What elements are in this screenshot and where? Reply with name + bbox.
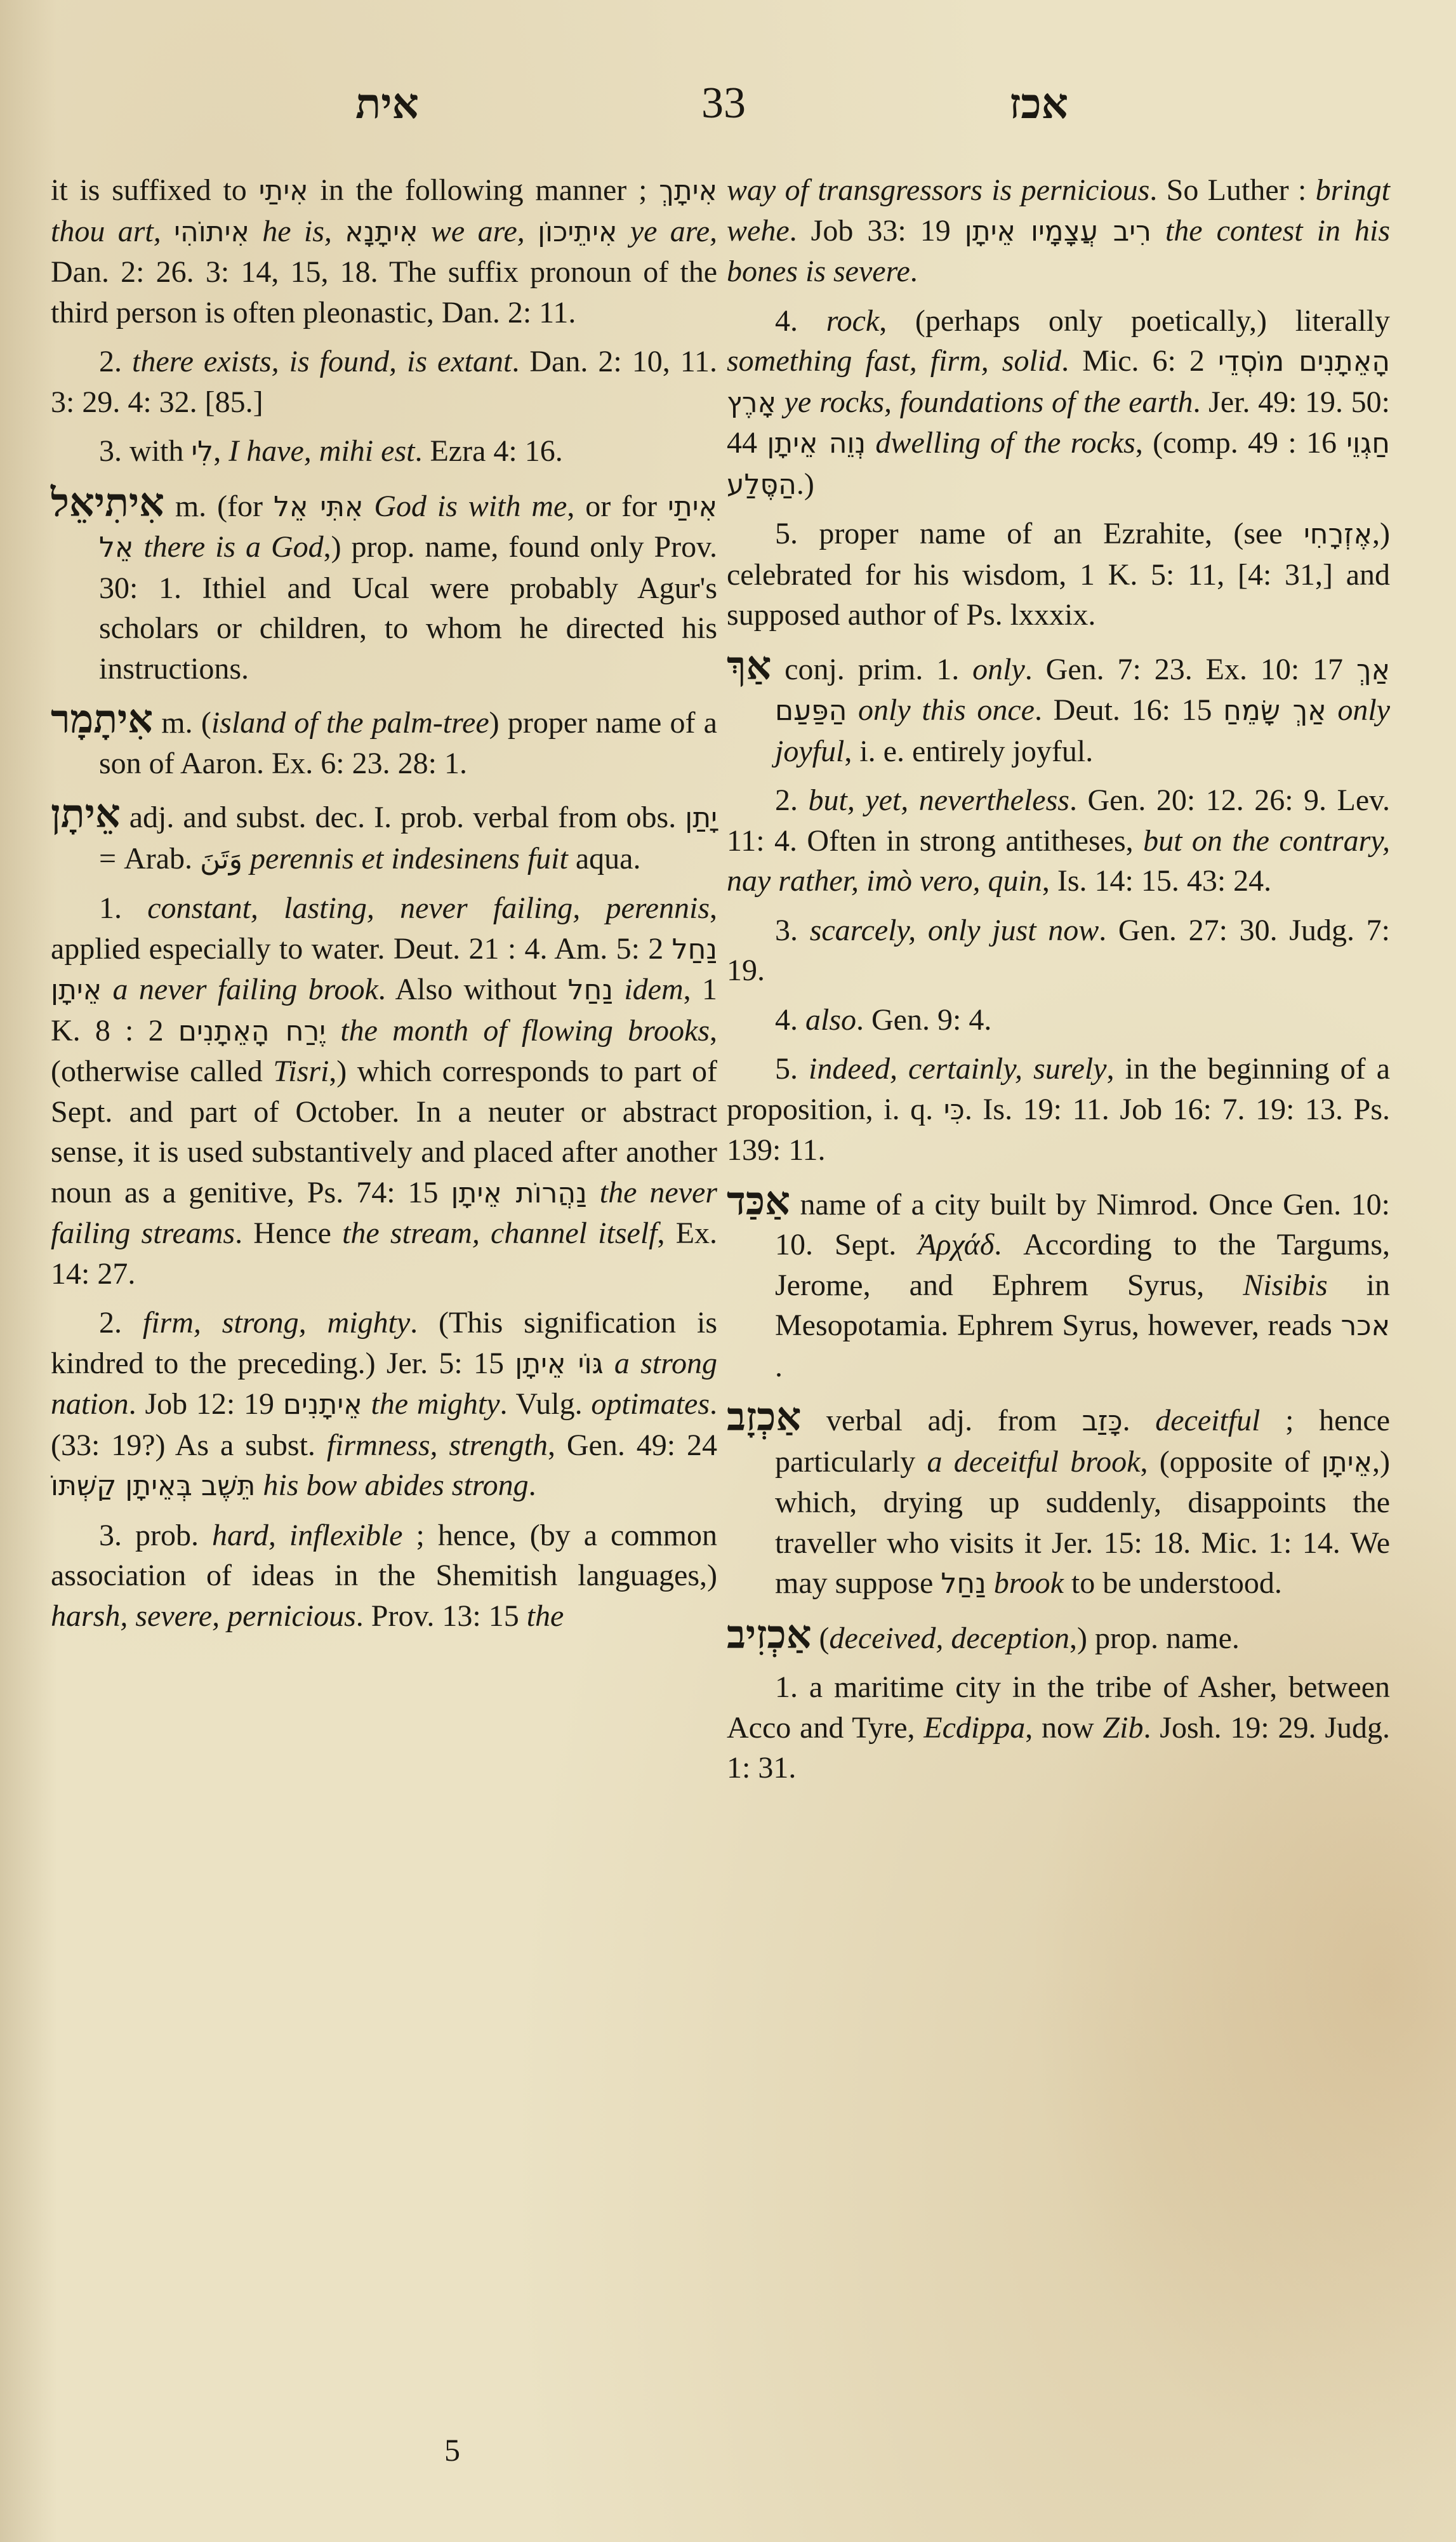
body-text: verbal adj. from — [801, 1404, 1082, 1437]
body-text: , Is. 14: 15. 43: 24. — [1042, 864, 1271, 898]
hebrew-text: אַךְ שָׂמֵחַ — [1223, 695, 1327, 727]
hebrew-text: רִיב עֲצָמָיו אֵיתָן — [965, 215, 1151, 248]
headword: אַכְזָב — [727, 1394, 801, 1440]
italic-gloss: dwelling of the rocks — [866, 426, 1135, 460]
entry-sense: 3. with לִי, I have, mihi est. Ezra 4: 1… — [51, 431, 717, 472]
entry-sense: 3. prob. hard, inflexible ; hence, (by a… — [51, 1515, 717, 1637]
italic-gloss: firm, strong, mighty — [143, 1306, 410, 1340]
entry-sense: it is suffixed to אִיתַי in the followin… — [51, 170, 717, 333]
headword: אַכַּד — [727, 1178, 790, 1224]
italic-gloss: Ecdippa — [923, 1711, 1025, 1745]
hebrew-text: לִי — [191, 436, 213, 468]
italic-gloss: thou art, — [51, 215, 174, 248]
body-text: in the following manner ; — [308, 173, 659, 207]
running-head-left-hebrew: אית — [355, 75, 419, 132]
italic-gloss: deceitful — [1155, 1404, 1260, 1437]
entry-sense: 4. rock, (perhaps only poetically,) lite… — [727, 301, 1390, 505]
dictionary-entry: אַכַּד name of a city built by Nimrod. O… — [727, 1181, 1390, 1387]
italic-gloss: the — [527, 1599, 564, 1633]
body-text: . Also without — [378, 973, 568, 1006]
hebrew-text: נַחַל — [941, 1567, 986, 1600]
body-text: aqua. — [568, 842, 641, 875]
body-text: it is suffixed to — [51, 173, 259, 207]
italic-gloss: Ἀρχάδ — [918, 1228, 994, 1261]
entry-sense: 1. constant, lasting, never failing, per… — [51, 888, 717, 1294]
entry-sense: 2. but, yet, nevertheless. Gen. 20: 12. … — [727, 780, 1390, 902]
italic-gloss: optimates — [591, 1387, 710, 1421]
page-number: 33 — [701, 75, 746, 132]
italic-gloss: harsh, severe, pernicious — [51, 1599, 356, 1633]
italic-gloss: Tisri — [273, 1055, 329, 1088]
dictionary-entry: אַךְ conj. prim. 1. only. Gen. 7: 23. Ex… — [727, 646, 1390, 772]
body-text: 3. with — [99, 434, 191, 468]
italic-gloss: constant, lasting, never failing, perenn… — [147, 891, 710, 925]
body-text: . Ezra 4: 16. — [414, 434, 562, 468]
right-column: way of transgressors is pernicious. So L… — [727, 170, 1390, 1797]
dictionary-entry: אִיתָמָר m. (island of the palm-tree) pr… — [51, 699, 717, 783]
entry-sense: 2. firm, strong, mighty. (This significa… — [51, 1303, 717, 1507]
body-text: ,) prop. name. — [1069, 1621, 1240, 1655]
signature-mark: 5 — [444, 2432, 460, 2468]
italic-gloss: only — [972, 653, 1025, 686]
hebrew-text: יָתַן — [685, 802, 717, 834]
running-head-right-hebrew: אכז — [1009, 75, 1068, 132]
italic-gloss: Nisibis — [1243, 1268, 1327, 1302]
dictionary-entry: אַכְזָב verbal adj. from כָּזַב. deceitf… — [727, 1397, 1390, 1604]
hebrew-text: אֵיתָנִים — [283, 1388, 362, 1421]
italic-gloss: but, yet, nevertheless — [808, 783, 1069, 817]
body-text: , Gen. 49: 24 — [548, 1428, 717, 1462]
italic-gloss: way of transgressors is pernicious — [727, 173, 1149, 207]
body-text: . Vulg. — [500, 1387, 592, 1421]
body-text: . — [910, 255, 918, 288]
italic-gloss: indeed, certainly, surely — [809, 1052, 1107, 1086]
entry-sense: 2. there exists, is found, is extant. Da… — [51, 342, 717, 422]
italic-gloss: firmness, strength — [327, 1428, 548, 1462]
body-text: . — [775, 1350, 783, 1383]
headword: אַכְזִיב — [727, 1611, 812, 1658]
body-text: , (comp. 49 : 16 — [1135, 426, 1346, 460]
body-text: 3. — [775, 914, 810, 947]
body-text: . So Luther : — [1149, 173, 1315, 207]
hebrew-text: נַהֲרוֹת אֵיתָן — [451, 1177, 587, 1209]
body-text: . Job 12: 19 — [129, 1387, 283, 1421]
body-text: , (perhaps only poetically,) literally — [879, 304, 1390, 338]
hebrew-text: תֵּשֶׁב בְּאֵיתָן קַשְׁתּוֹ — [51, 1470, 255, 1502]
headword: אַךְ — [727, 642, 771, 689]
italic-gloss: Zib — [1102, 1711, 1143, 1745]
body-text: . Deut. 16: 15 — [1035, 693, 1223, 727]
body-text: . — [529, 1468, 536, 1502]
headword: אִיתִיאֵל — [51, 479, 164, 526]
body-text: , i. e. entirely joyful. — [844, 735, 1093, 768]
italic-gloss: his bow abides strong — [255, 1468, 528, 1502]
body-text: 2. — [99, 345, 132, 378]
entry-sense: 1. a maritime city in the tribe of Asher… — [727, 1667, 1390, 1788]
body-text: 2. — [99, 1306, 143, 1340]
headword: אֵיתָן — [51, 790, 121, 837]
body-text: , — [213, 434, 228, 468]
italic-gloss: only this once — [847, 693, 1035, 727]
body-text: 5. — [775, 1052, 809, 1086]
left-column: it is suffixed to אִיתַי in the followin… — [51, 170, 717, 1645]
entry-sense: 5. proper name of an Ezrahite, (see אֶזְ… — [727, 514, 1390, 635]
italic-gloss: ye rocks, foundations of the earth — [776, 385, 1193, 419]
body-text: . Hence — [235, 1216, 342, 1250]
italic-gloss: idem — [613, 973, 684, 1006]
body-text: . — [1123, 1404, 1156, 1437]
italic-gloss: he is, — [249, 215, 345, 248]
italic-gloss: God is with me — [363, 489, 567, 523]
hebrew-text: אִיתָךְ — [659, 175, 717, 207]
entry-sense: way of transgressors is pernicious. So L… — [727, 170, 1390, 292]
hebrew-text: גּוֹי אֵיתָן — [515, 1348, 603, 1380]
italic-gloss: also — [805, 1003, 856, 1037]
body-text: . Mic. 6: 2 — [1061, 344, 1218, 378]
body-text: .) — [797, 467, 814, 501]
italic-gloss: there exists, is found, is extant — [132, 345, 512, 378]
body-text: = Arab. — [99, 842, 200, 875]
italic-gloss: rock — [826, 304, 880, 338]
hebrew-text: אֶזְרָחִי — [1304, 518, 1372, 550]
body-text: adj. and subst. dec. I. prob. verbal fro… — [121, 801, 685, 834]
body-text: conj. prim. 1. — [771, 653, 972, 686]
dictionary-entry: אַכְזִיב (deceived, deception,) prop. na… — [727, 1614, 1390, 1659]
body-text: 2. — [775, 783, 808, 817]
body-text: m. ( — [153, 706, 211, 740]
body-text: 4. — [775, 304, 826, 338]
hebrew-text: אכר — [1340, 1310, 1390, 1342]
italic-gloss: something fast, firm, solid — [727, 344, 1061, 378]
body-text: 3. prob. — [99, 1519, 212, 1552]
italic-gloss: there is a God — [133, 530, 323, 564]
body-text: ( — [812, 1621, 830, 1655]
italic-gloss: hard, inflexible — [212, 1519, 403, 1552]
italic-gloss: the stream, channel itself — [342, 1216, 657, 1250]
italic-gloss: a never failing brook — [102, 973, 378, 1006]
dictionary-entry: אֵיתָן adj. and subst. dec. I. prob. ver… — [51, 794, 717, 879]
italic-gloss: deceived, deception — [830, 1621, 1069, 1655]
italic-gloss: perennis et indesinens fuit — [242, 842, 568, 875]
italic-gloss: I have, mihi est — [228, 434, 414, 468]
body-text: m. (for — [164, 489, 274, 523]
hebrew-text: כָּזַב — [1082, 1405, 1123, 1437]
body-text: , or for — [567, 489, 668, 523]
italic-gloss: we are, — [418, 215, 538, 248]
italic-gloss: the mighty — [362, 1387, 500, 1421]
italic-gloss: ye are, — [617, 215, 717, 248]
dictionary-entry: אִיתִיאֵל m. (for אִתִּי אֵל God is with… — [51, 482, 717, 689]
hebrew-text: אִתִּי אֵל — [274, 491, 363, 523]
hebrew-text: אִיתָנָא — [345, 216, 418, 248]
body-text: , (opposite of — [1140, 1445, 1321, 1479]
italic-gloss: scarcely, only just now — [810, 914, 1099, 947]
body-text: . Gen. 9: 4. — [856, 1003, 991, 1037]
body-text: . Job 33: 19 — [790, 214, 965, 248]
headword: אִיתָמָר — [51, 696, 153, 742]
hebrew-text: אִיתַי — [259, 175, 308, 207]
hebrew-text: כִּי — [944, 1094, 965, 1126]
running-head: אית 33 אכז — [0, 75, 1456, 132]
body-text: . Prov. 13: 15 — [356, 1599, 527, 1633]
italic-gloss: a deceitful brook — [927, 1445, 1140, 1479]
hebrew-text: יֶרַח הָאֵתָנִים — [178, 1015, 326, 1048]
body-text: to be understood. — [1064, 1566, 1282, 1600]
body-text: 4. — [775, 1003, 805, 1037]
hebrew-text: נַחַל — [568, 974, 613, 1006]
body-text: . Gen. 7: 23. Ex. 10: 17 — [1025, 653, 1356, 686]
body-text: 5. proper name of an Ezrahite, (see — [775, 517, 1304, 550]
arabic-text: وَتَنَ — [200, 843, 242, 875]
italic-gloss: brook — [986, 1566, 1064, 1600]
hebrew-text: אֵיתָן — [1321, 1446, 1372, 1479]
entry-sense: 4. also. Gen. 9: 4. — [727, 1000, 1390, 1041]
hebrew-text: אִיתֵיכוֹן — [538, 216, 617, 248]
body-text: 1. — [99, 891, 147, 925]
body-text: Dan. 2: 26. 3: 14, 15, 18. The suffix pr… — [51, 255, 717, 329]
italic-gloss: the month of flowing brooks — [326, 1014, 710, 1048]
entry-sense: 3. scarcely, only just now. Gen. 27: 30.… — [727, 910, 1390, 991]
body-text: , now — [1025, 1711, 1102, 1745]
entry-sense: 5. indeed, certainly, surely, in the beg… — [727, 1049, 1390, 1171]
hebrew-text: נְוֵה אֵיתָן — [767, 427, 866, 460]
hebrew-text: אִיתוֹהִי — [174, 216, 249, 248]
italic-gloss: island of the palm-tree — [211, 706, 489, 740]
